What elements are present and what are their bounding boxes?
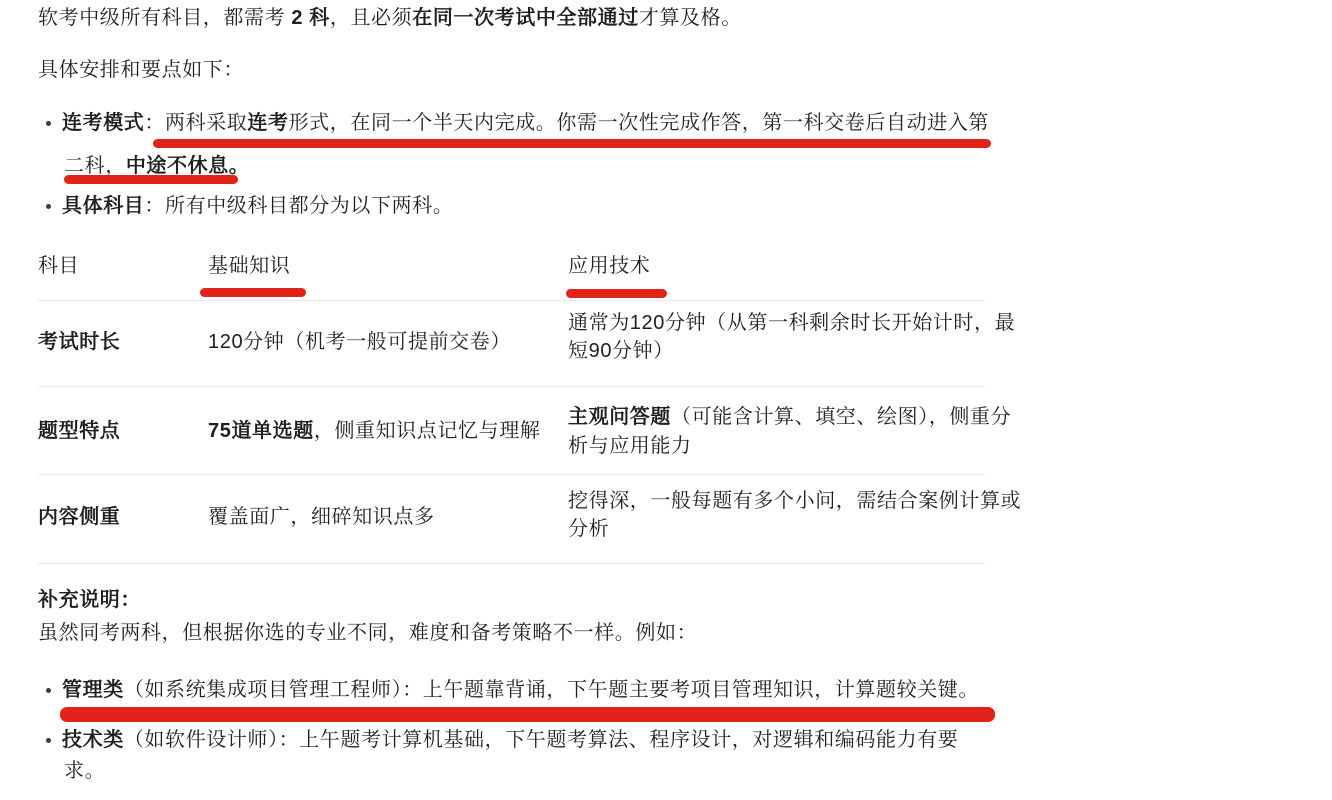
supplement-heading: 补充说明： xyxy=(38,587,141,613)
red-marker-underline-guanlilei xyxy=(60,707,995,722)
table-row3-basic-cell: 覆盖面广，细碎知识点多 xyxy=(208,504,435,530)
table-divider xyxy=(38,300,985,301)
table-divider xyxy=(38,386,985,387)
intro-paragraph: 软考中级所有科目，都需考 2 科，且必须在同一次考试中全部通过才算及格。 xyxy=(38,5,742,31)
table-header-basic-knowledge: 基础知识 xyxy=(208,253,290,279)
table-row3-applied-cell-line1: 挖得深，一般每题有多个小问，需结合案例计算或 xyxy=(568,488,1021,514)
table-header-subject: 科目 xyxy=(38,253,79,279)
lead-paragraph: 具体安排和要点如下： xyxy=(38,57,244,83)
red-marker-underline-applied-tech xyxy=(566,289,667,298)
table-row2-label: 题型特点 xyxy=(38,418,120,444)
list2-item2-line2: 求。 xyxy=(64,758,105,784)
list2-item1-line1: 管理类（如系统集成项目管理工程师）：上午题靠背诵，下午题主要考项目管理知识，计算… xyxy=(62,677,979,703)
document-page: 软考中级所有科目，都需考 2 科，且必须在同一次考试中全部通过才算及格。 具体安… xyxy=(0,0,1332,800)
table-divider xyxy=(38,563,985,564)
bullet-dot xyxy=(46,204,51,209)
list1-item1-line1: 连考模式：两科采取连考形式，在同一个半天内完成。你需一次性完成作答，第一科交卷后… xyxy=(62,110,989,136)
red-marker-underline-liankao-2 xyxy=(64,175,238,184)
table-row1-label: 考试时长 xyxy=(38,329,120,355)
table-row3-label: 内容侧重 xyxy=(38,504,120,530)
list1-item2-line1: 具体科目：所有中级科目都分为以下两科。 xyxy=(62,193,453,219)
table-row2-basic-cell: 75道单选题，侧重知识点记忆与理解 xyxy=(208,418,540,444)
table-header-applied-tech: 应用技术 xyxy=(568,253,650,279)
supplement-paragraph: 虽然同考两科，但根据你选的专业不同，难度和备考策略不一样。例如： xyxy=(38,620,697,646)
table-row2-applied-cell-line1: 主观问答题（可能含计算、填空、绘图），侧重分 xyxy=(568,404,1011,430)
bullet-dot xyxy=(46,121,51,126)
red-marker-underline-liankao-1 xyxy=(153,139,991,148)
table-row1-basic-cell: 120分钟（机考一般可提前交卷） xyxy=(208,329,511,355)
table-row1-applied-cell-line1: 通常为120分钟（从第一科剩余时长开始计时，最 xyxy=(568,310,1015,336)
red-marker-underline-basic-knowledge xyxy=(200,288,306,297)
bullet-dot xyxy=(46,738,51,743)
table-row1-applied-cell-line2: 短90分钟） xyxy=(568,338,674,364)
list2-item2-line1: 技术类（如软件设计师）：上午题考计算机基础，下午题考算法、程序设计，对逻辑和编码… xyxy=(62,727,958,753)
table-divider xyxy=(38,474,985,475)
table-row3-applied-cell-line2: 分析 xyxy=(568,516,609,542)
bullet-dot xyxy=(46,688,51,693)
table-row2-applied-cell-line2: 析与应用能力 xyxy=(568,433,692,459)
